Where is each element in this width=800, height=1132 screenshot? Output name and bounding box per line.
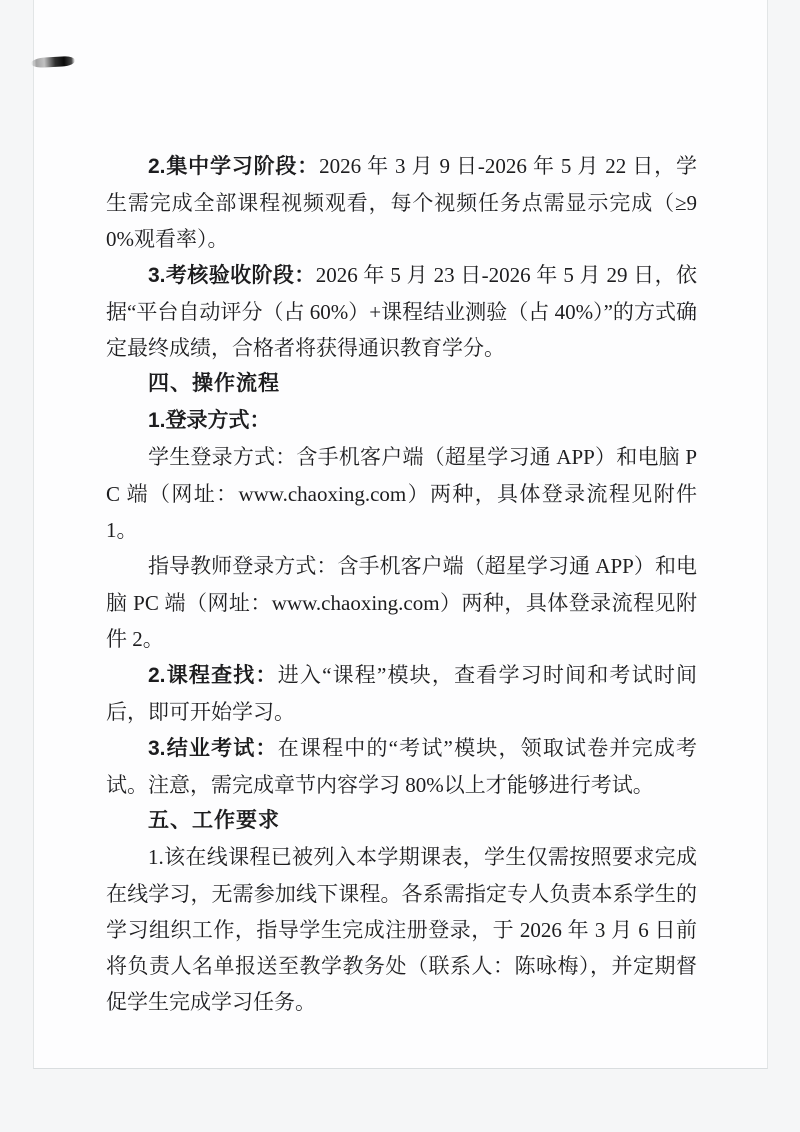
paragraph-label: 2.集中学习阶段： [148,155,319,178]
paragraph-label: 1.登录方式： [148,409,271,432]
document-page: 2.集中学习阶段：2026 年 3 月 9 日-2026 年 5 月 22 日，… [33,0,768,1069]
scan-artifact [31,56,75,68]
paragraph-student-login: 学生登录方式：含手机客户端（超星学习通 APP）和电脑 PC 端（网址：www.… [106,439,697,548]
paragraph-text: 学生登录方式：含手机客户端（超星学习通 APP）和电脑 PC 端（网址：www.… [106,445,697,542]
paragraph-centralized-study-phase: 2.集中学习阶段：2026 年 3 月 9 日-2026 年 5 月 22 日，… [106,148,697,257]
paragraph-course-search: 2.课程查找：进入“课程”模块，查看学习时间和考试时间后，即可开始学习。 [106,657,697,730]
paragraph-label: 2.课程查找： [148,664,278,687]
section-heading-operation-process: 四、操作流程 [106,366,697,402]
paragraph-label: 3.结业考试： [148,737,278,760]
paragraph-assessment-phase: 3.考核验收阶段：2026 年 5 月 23 日-2026 年 5 月 29 日… [106,257,697,366]
paragraph-text: 1.该在线课程已被列入本学期课表，学生仅需按照要求完成在线学习，无需参加线下课程… [106,845,697,1014]
paragraph-final-exam: 3.结业考试：在课程中的“考试”模块，领取试卷并完成考试。注意，需完成章节内容学… [106,730,697,803]
document-body: 2.集中学习阶段：2026 年 3 月 9 日-2026 年 5 月 22 日，… [106,148,697,1020]
paragraph-text: 指导教师登录方式：含手机客户端（超星学习通 APP）和电脑 PC 端（网址：ww… [106,554,697,651]
paragraph-label: 3.考核验收阶段： [148,264,316,287]
paragraph-login-method-label: 1.登录方式： [106,402,697,439]
paragraph-teacher-login: 指导教师登录方式：含手机客户端（超星学习通 APP）和电脑 PC 端（网址：ww… [106,548,697,657]
section-heading-work-requirements: 五、工作要求 [106,803,697,839]
paragraph-work-requirement-1: 1.该在线课程已被列入本学期课表，学生仅需按照要求完成在线学习，无需参加线下课程… [106,839,697,1020]
